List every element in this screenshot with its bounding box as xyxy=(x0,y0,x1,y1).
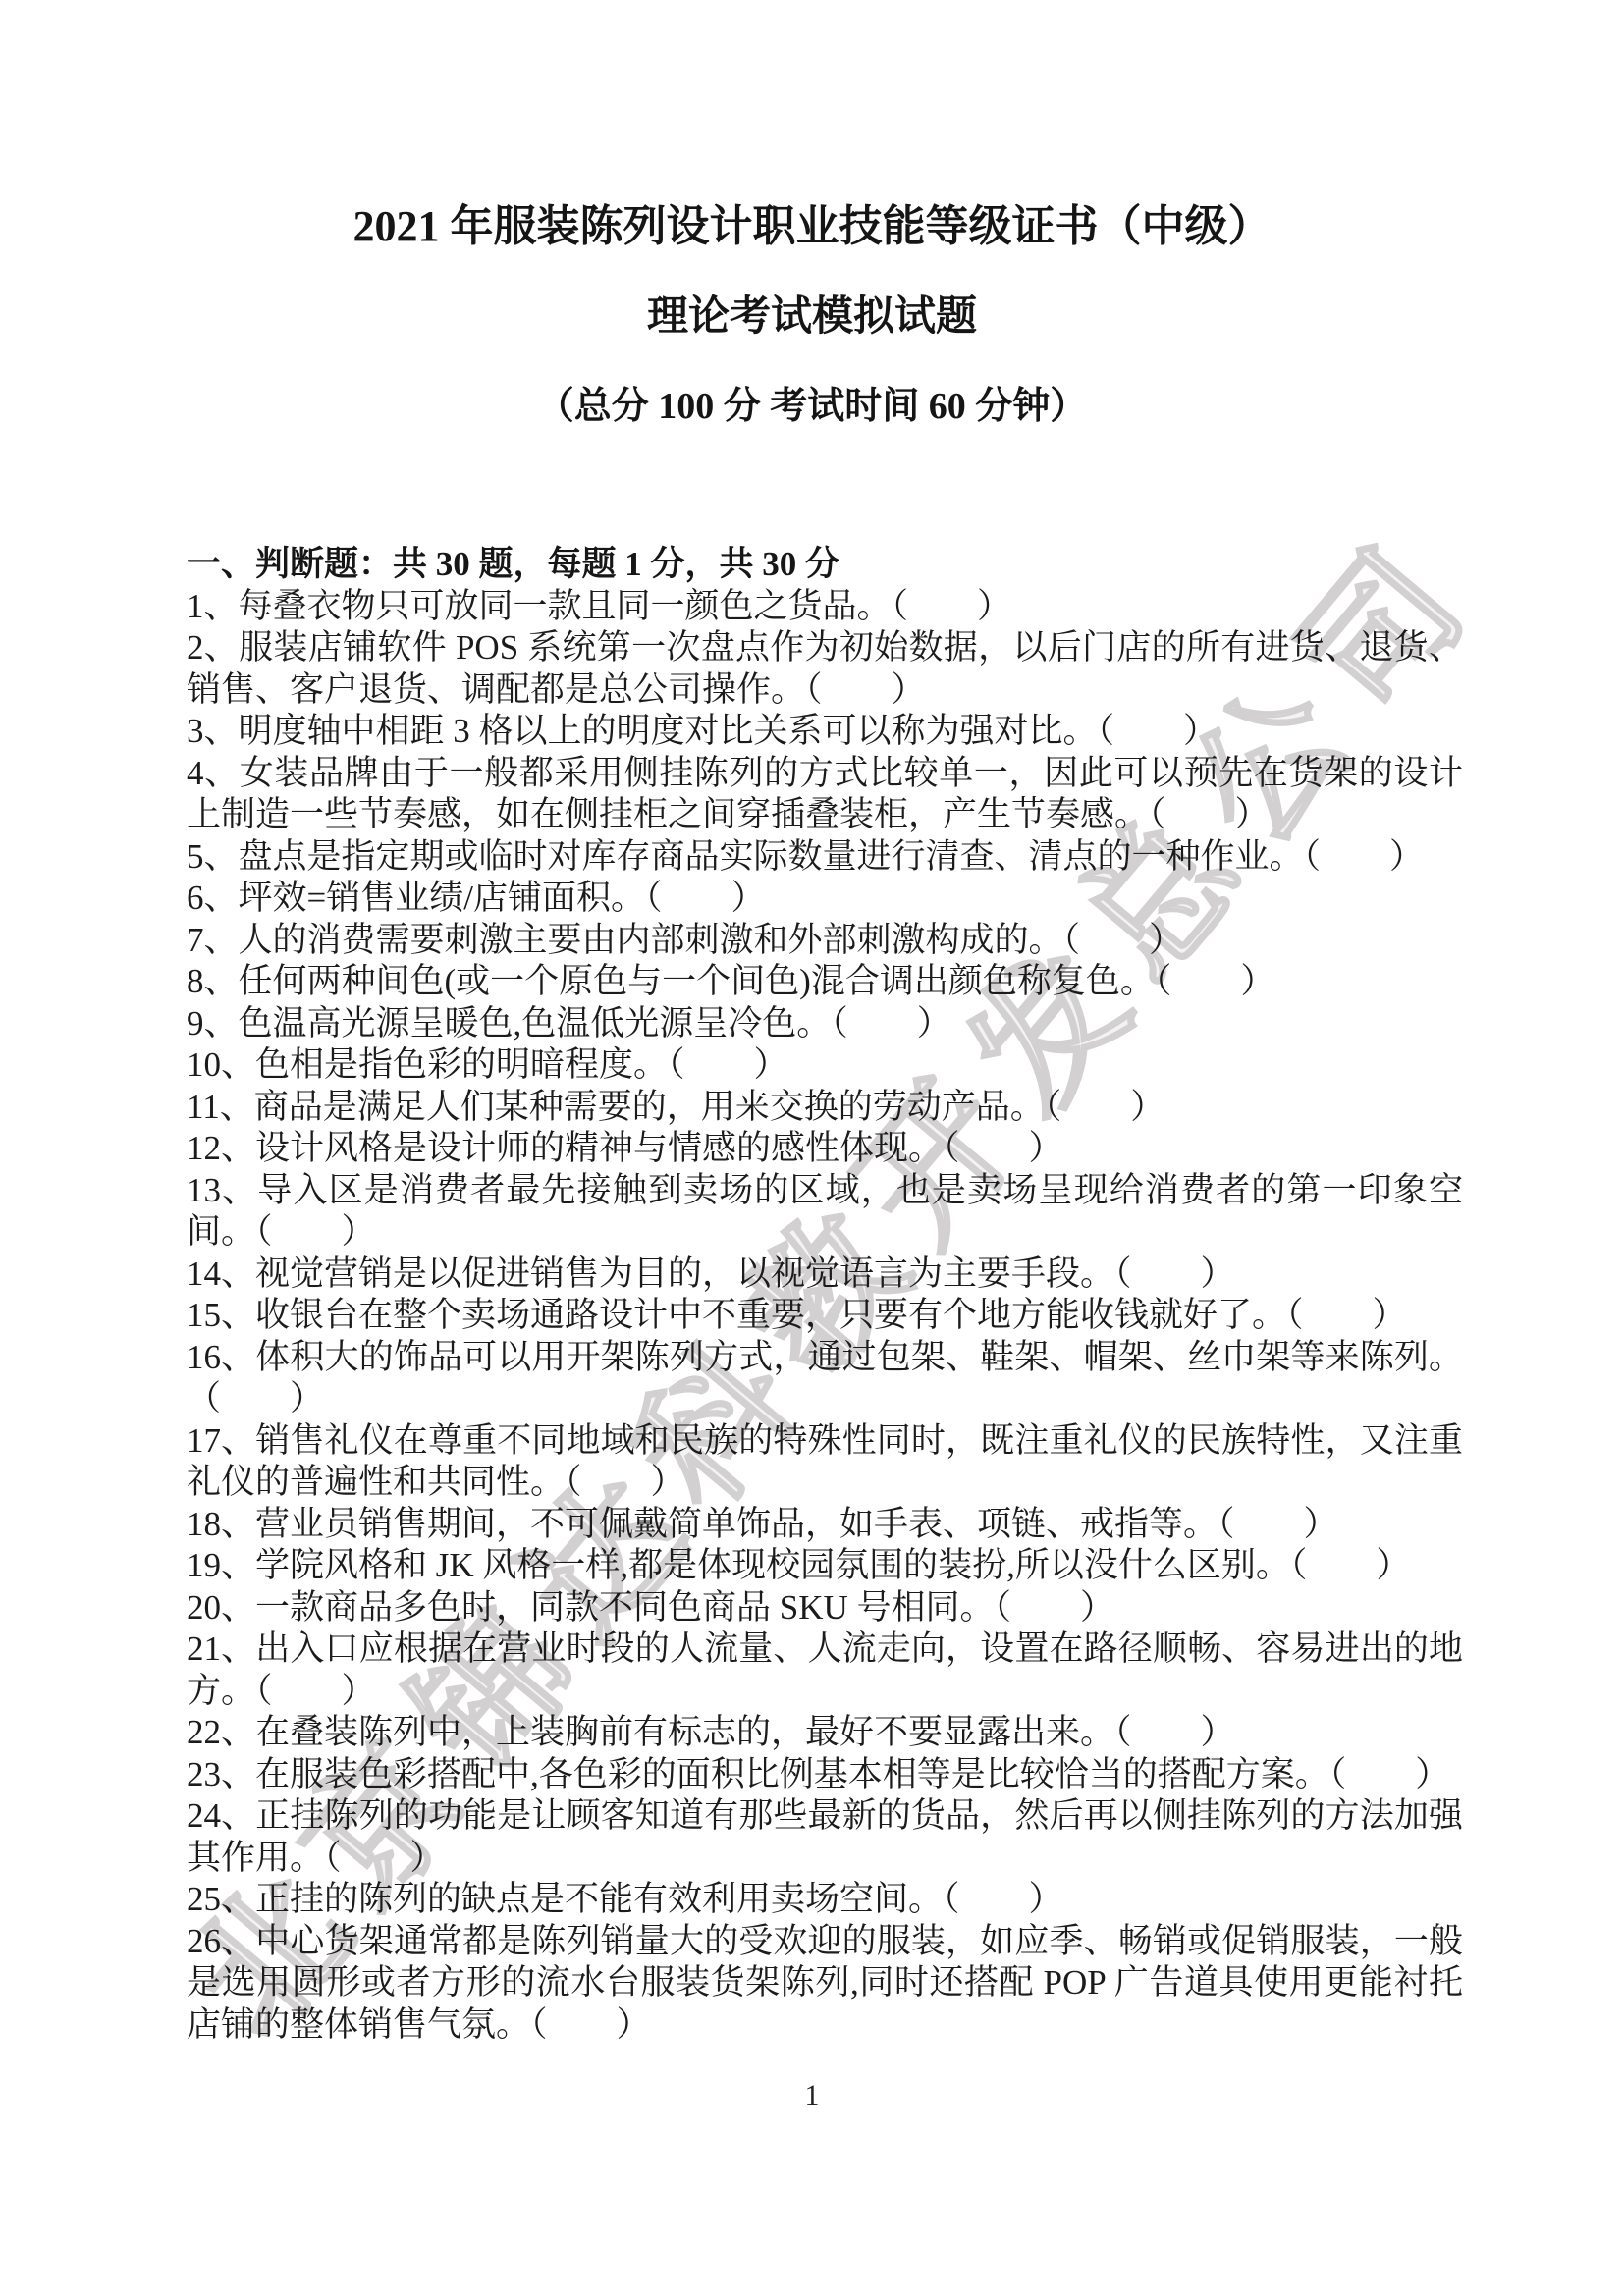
question-number: 8、 xyxy=(187,962,239,1000)
question-number: 17、 xyxy=(187,1421,255,1460)
question-item: 8、任何两种间色(或一个原色与一个间色)混合调出颜色称复色。（ ） xyxy=(187,961,1463,1003)
question-text: 正挂的陈列的缺点是不能有效利用卖场空间。（ ） xyxy=(255,1880,1063,1918)
question-number: 5、 xyxy=(187,837,239,876)
question-text: 收银台在整个卖场通路设计中不重要，只要有个地方能收钱就好了。（ ） xyxy=(255,1296,1407,1334)
question-number: 9、 xyxy=(187,1004,239,1042)
question-number: 15、 xyxy=(187,1296,255,1334)
question-text: 人的消费需要刺激主要由内部刺激和外部刺激构成的。（ ） xyxy=(239,921,1184,959)
exam-title: 2021 年服装陈列设计职业技能等级证书（中级） xyxy=(0,201,1624,253)
question-item: 24、正挂陈列的功能是让顾客知道有那些最新的货品，然后再以侧挂陈列的方法加强其作… xyxy=(187,1795,1463,1879)
question-text: 中心货架通常都是陈列销量大的受欢迎的服装，如应季、畅销或促销服装，一般是选用圆形… xyxy=(187,1922,1463,2044)
question-text: 销售礼仪在尊重不同地域和民族的特殊性同时，既注重礼仪的民族特性，又注重礼仪的普遍… xyxy=(187,1421,1463,1502)
question-number: 22、 xyxy=(187,1713,255,1751)
question-item: 11、商品是满足人们某种需要的，用来交换的劳动产品。（ ） xyxy=(187,1087,1463,1129)
question-text: 一款商品多色时，同款不同色商品 SKU 号相同。（ ） xyxy=(255,1588,1114,1627)
question-number: 23、 xyxy=(187,1755,255,1793)
question-number: 10、 xyxy=(187,1045,255,1084)
question-text: 正挂陈列的功能是让顾客知道有那些最新的货品，然后再以侧挂陈列的方法加强其作用。（… xyxy=(187,1796,1463,1877)
question-number: 20、 xyxy=(187,1588,255,1627)
question-text: 商品是满足人们某种需要的，用来交换的劳动产品。（ ） xyxy=(254,1088,1165,1126)
question-item: 12、设计风格是设计师的精神与情感的感性体现。（ ） xyxy=(187,1128,1463,1170)
question-number: 11、 xyxy=(187,1088,254,1126)
question-text: 体积大的饰品可以用开架陈列方式，通过包架、鞋架、帽架、丝巾架等来陈列。（ ） xyxy=(187,1338,1463,1418)
question-text: 色温高光源呈暖色,色温低光源呈冷色。（ ） xyxy=(239,1004,951,1042)
question-number: 4、 xyxy=(187,754,240,792)
question-text: 在服装色彩搭配中,各色彩的面积比例基本相等是比较恰当的搭配方案。（ ） xyxy=(255,1755,1449,1793)
question-number: 19、 xyxy=(187,1546,255,1584)
question-text: 任何两种间色(或一个原色与一个间色)混合调出颜色称复色。（ ） xyxy=(239,962,1275,1000)
question-text: 营业员销售期间，不可佩戴简单饰品，如手表、项链、戒指等。（ ） xyxy=(255,1505,1338,1543)
question-text: 出入口应根据在营业时段的人流量、人流走向，设置在路径顺畅、容易进出的地方。（ ） xyxy=(187,1629,1463,1710)
question-item: 4、女装品牌由于一般都采用侧挂陈列的方式比较单一，因此可以预先在货架的设计上制造… xyxy=(187,753,1463,836)
question-text: 视觉营销是以促进销售为目的，以视觉语言为主要手段。（ ） xyxy=(255,1255,1235,1293)
question-number: 14、 xyxy=(187,1255,255,1293)
question-item: 14、视觉营销是以促进销售为目的，以视觉语言为主要手段。（ ） xyxy=(187,1254,1463,1296)
question-item: 1、每叠衣物只可放同一款且同一颜色之货品。（ ） xyxy=(187,586,1463,628)
section-header-true-false: 一、判断题：共 30 题，每题 1 分，共 30 分 xyxy=(187,544,1463,586)
question-item: 5、盘点是指定期或临时对库存商品实际数量进行清查、清点的一种作业。（ ） xyxy=(187,836,1463,879)
question-text: 女装品牌由于一般都采用侧挂陈列的方式比较单一，因此可以预先在货架的设计上制造一些… xyxy=(187,754,1463,834)
question-item: 25、正挂的陈列的缺点是不能有效利用卖场空间。（ ） xyxy=(187,1879,1463,1921)
question-number: 16、 xyxy=(187,1338,255,1376)
question-text: 设计风格是设计师的精神与情感的感性体现。（ ） xyxy=(255,1129,1063,1167)
question-item: 10、色相是指色彩的明暗程度。（ ） xyxy=(187,1044,1463,1087)
question-text: 坪效=销售业绩/店铺面积。（ ） xyxy=(239,879,766,917)
question-item: 23、在服装色彩搭配中,各色彩的面积比例基本相等是比较恰当的搭配方案。（ ） xyxy=(187,1754,1463,1796)
question-item: 6、坪效=销售业绩/店铺面积。（ ） xyxy=(187,878,1463,920)
question-number: 7、 xyxy=(187,921,239,959)
question-text: 在叠装陈列中，上装胸前有标志的，最好不要显露出来。（ ） xyxy=(255,1713,1235,1751)
question-number: 6、 xyxy=(187,879,239,917)
question-item: 20、一款商品多色时，同款不同色商品 SKU 号相同。（ ） xyxy=(187,1587,1463,1629)
question-number: 13、 xyxy=(187,1171,257,1209)
question-number: 12、 xyxy=(187,1129,255,1167)
question-text: 服装店铺软件 POS 系统第一次盘点作为初始数据，以后门店的所有进货、退货、销售… xyxy=(187,628,1463,709)
question-item: 19、学院风格和 JK 风格一样,都是体现校园氛围的装扮,所以没什么区别。（ ） xyxy=(187,1545,1463,1587)
question-item: 3、明度轴中相距 3 格以上的明度对比关系可以称为强对比。（ ） xyxy=(187,711,1463,753)
question-item: 7、人的消费需要刺激主要由内部刺激和外部刺激构成的。（ ） xyxy=(187,920,1463,962)
question-item: 22、在叠装陈列中，上装胸前有标志的，最好不要显露出来。（ ） xyxy=(187,1712,1463,1754)
question-number: 26、 xyxy=(187,1922,255,1960)
question-text: 每叠衣物只可放同一款且同一颜色之货品。（ ） xyxy=(239,587,1012,625)
question-text: 盘点是指定期或临时对库存商品实际数量进行清查、清点的一种作业。（ ） xyxy=(239,837,1425,876)
question-item: 26、中心货架通常都是陈列销量大的受欢迎的服装，如应季、畅销或促销服装，一般是选… xyxy=(187,1921,1463,2047)
question-number: 3、 xyxy=(187,712,239,750)
question-number: 1、 xyxy=(187,587,239,625)
question-item: 9、色温高光源呈暖色,色温低光源呈冷色。（ ） xyxy=(187,1003,1463,1045)
question-item: 18、营业员销售期间，不可佩戴简单饰品，如手表、项链、戒指等。（ ） xyxy=(187,1504,1463,1546)
question-text: 导入区是消费者最先接触到卖场的区域，也是卖场呈现给消费者的第一印象空间。（ ） xyxy=(187,1171,1463,1252)
exam-score-time-info: （总分 100 分 考试时间 60 分钟） xyxy=(0,385,1624,430)
question-area: 一、判断题：共 30 题，每题 1 分，共 30 分 1、每叠衣物只可放同一款且… xyxy=(187,544,1463,2046)
question-number: 21、 xyxy=(187,1629,255,1668)
question-text: 色相是指色彩的明暗程度。（ ） xyxy=(255,1045,788,1084)
question-number: 24、 xyxy=(187,1796,255,1835)
exam-subtitle: 理论考试模拟试题 xyxy=(0,293,1624,342)
question-list: 1、每叠衣物只可放同一款且同一颜色之货品。（ ） 2、服装店铺软件 POS 系统… xyxy=(187,586,1463,2047)
question-item: 16、体积大的饰品可以用开架陈列方式，通过包架、鞋架、帽架、丝巾架等来陈列。（ … xyxy=(187,1337,1463,1420)
question-item: 2、服装店铺软件 POS 系统第一次盘点作为初始数据，以后门店的所有进货、退货、… xyxy=(187,627,1463,711)
question-number: 25、 xyxy=(187,1880,255,1918)
question-number: 2、 xyxy=(187,628,239,667)
exam-paper-page: 北京锦达科教开发总公司 2021 年服装陈列设计职业技能等级证书（中级） 理论考… xyxy=(0,0,1624,2296)
question-item: 21、出入口应根据在营业时段的人流量、人流走向，设置在路径顺畅、容易进出的地方。… xyxy=(187,1629,1463,1712)
question-text: 学院风格和 JK 风格一样,都是体现校园氛围的装扮,所以没什么区别。（ ） xyxy=(255,1546,1410,1584)
question-item: 17、销售礼仪在尊重不同地域和民族的特殊性同时，既注重礼仪的民族特性，又注重礼仪… xyxy=(187,1420,1463,1504)
page-number: 1 xyxy=(0,2079,1624,2112)
question-text: 明度轴中相距 3 格以上的明度对比关系可以称为强对比。（ ） xyxy=(239,712,1218,750)
question-number: 18、 xyxy=(187,1505,255,1543)
question-item: 13、导入区是消费者最先接触到卖场的区域，也是卖场呈现给消费者的第一印象空间。（… xyxy=(187,1170,1463,1254)
question-item: 15、收银台在整个卖场通路设计中不重要，只要有个地方能收钱就好了。（ ） xyxy=(187,1295,1463,1337)
